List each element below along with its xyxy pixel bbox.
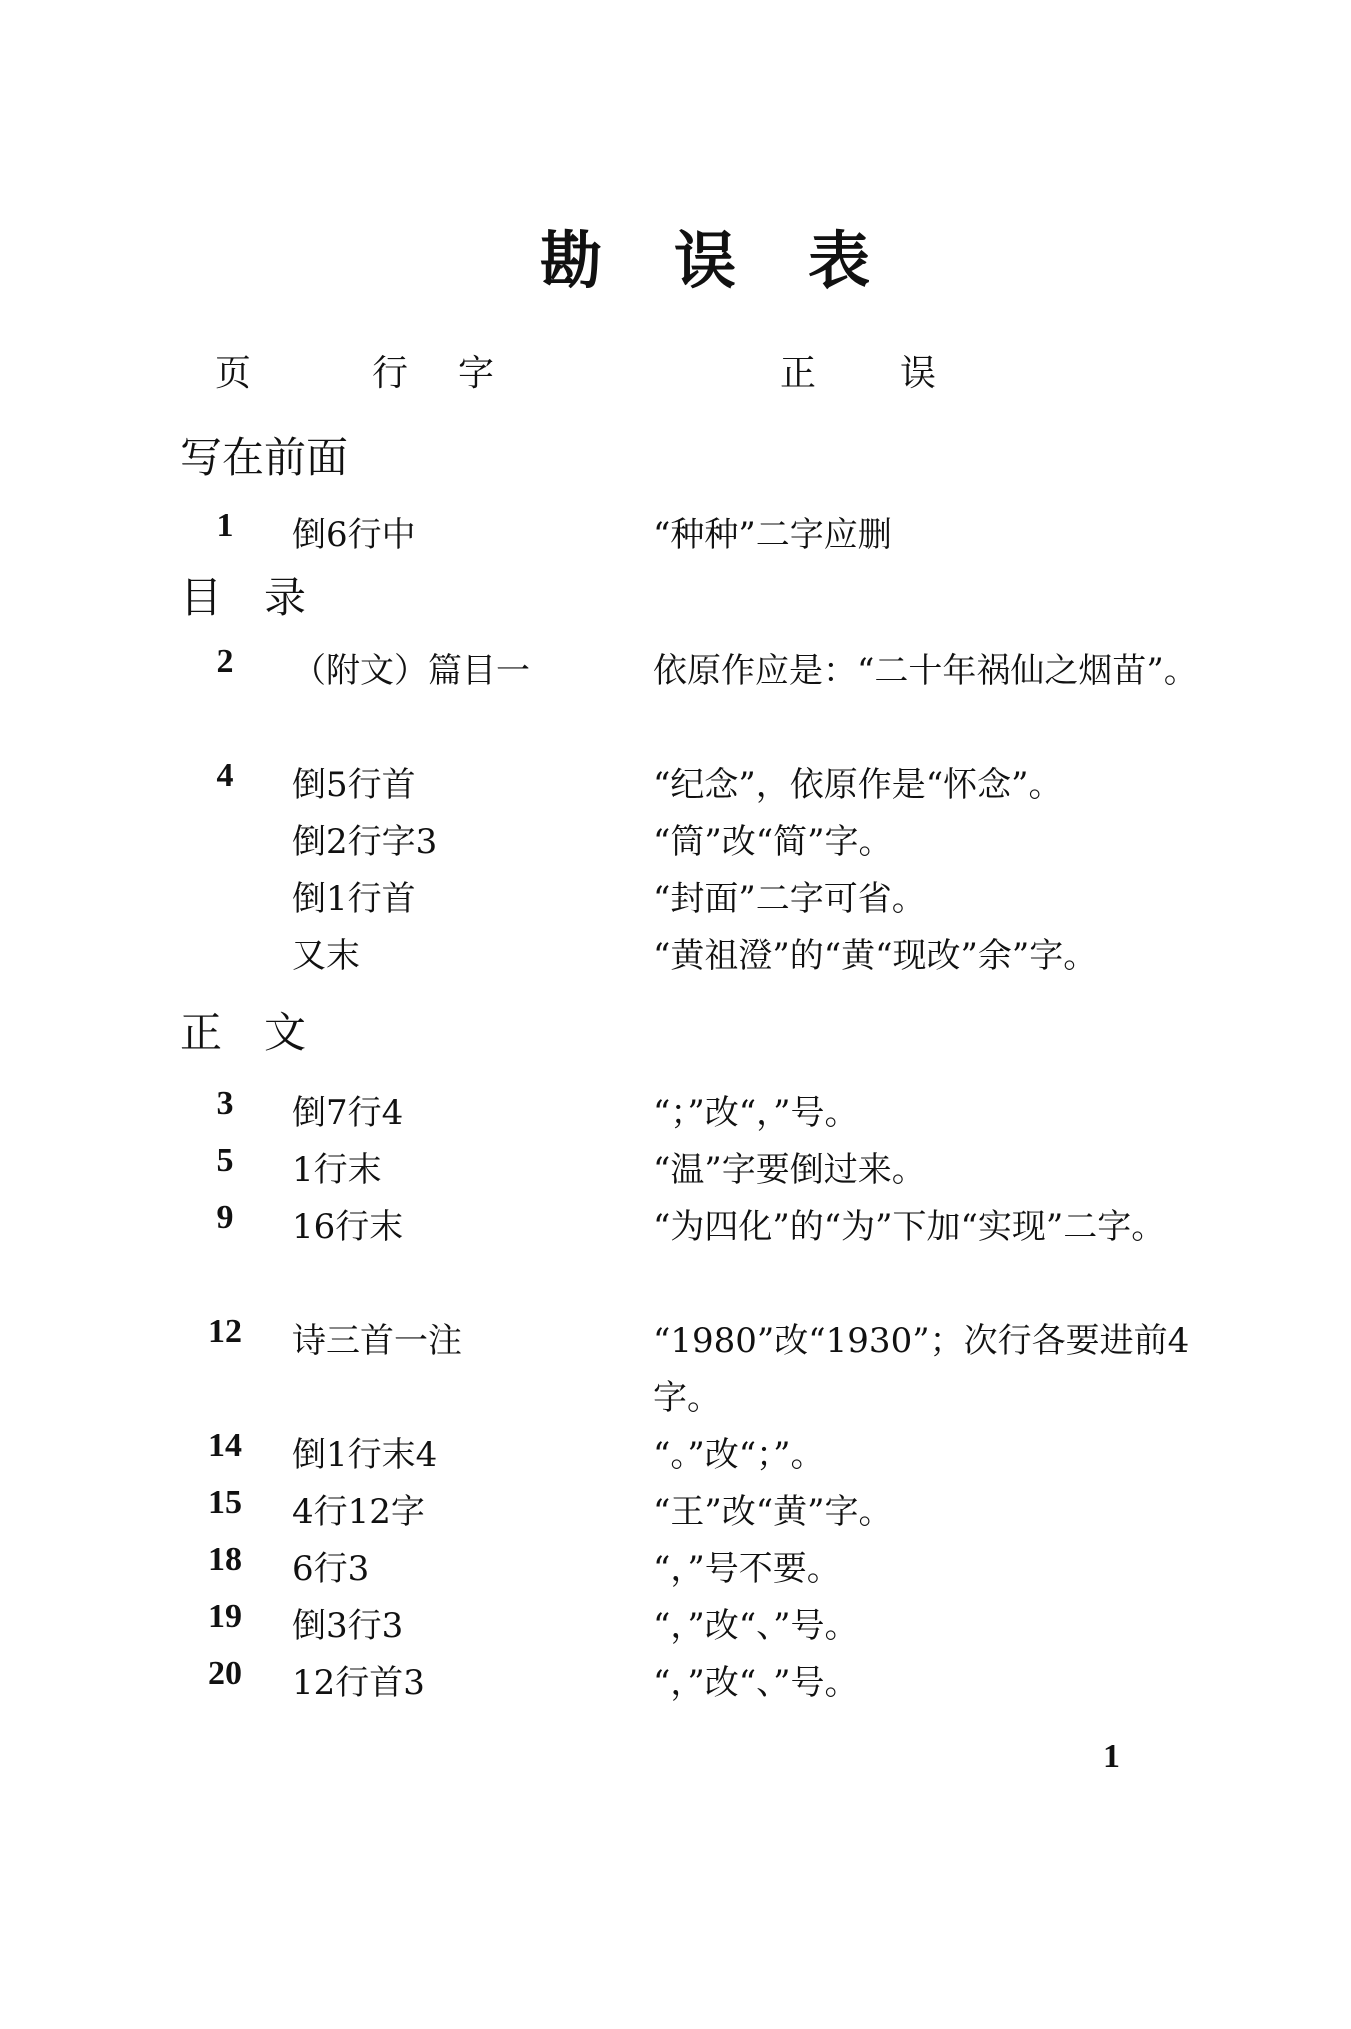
- table-row: 5 1行末 “温”字要倒过来。: [0, 1142, 1351, 1199]
- correction-cell: “；”改“，”号。: [653, 1085, 1233, 1142]
- location-cell: 4行12字: [292, 1484, 425, 1533]
- location-cell: 1行末: [292, 1142, 382, 1191]
- correction-cell: 依原作应是：“二十年祸仙之烟苗”。: [653, 643, 1233, 700]
- location-cell: 倒7行4: [292, 1085, 403, 1134]
- correction-cell: “，”改“、”号。: [653, 1655, 1233, 1712]
- table-row: 15 4行12字 “王”改“黄”字。: [0, 1484, 1351, 1541]
- correction-cell: “种种”二字应删: [653, 507, 1233, 564]
- correction-cell: “封面”二字可省。: [653, 871, 1233, 928]
- page-cell: 2: [195, 643, 255, 681]
- location-cell: 倒2行字3: [292, 814, 437, 863]
- page-cell: 5: [195, 1142, 255, 1180]
- page-cell: 3: [195, 1085, 255, 1123]
- table-row: 2 （附文）篇目一 依原作应是：“二十年祸仙之烟苗”。: [0, 643, 1351, 700]
- location-cell: 诗三首一注: [292, 1313, 462, 1362]
- correction-cell: “纪念”，依原作是“怀念”。: [653, 757, 1233, 814]
- correction-cell: “1980”改“1930”；次行各要进前4字。: [653, 1313, 1233, 1427]
- location-cell: 6行3: [292, 1541, 369, 1590]
- table-row: 20 12行首3 “，”改“、”号。: [0, 1655, 1351, 1712]
- title-char: 表: [808, 211, 870, 300]
- location-cell: （附文）篇目一: [292, 643, 530, 692]
- location-cell: 倒5行首: [292, 757, 416, 806]
- location-cell: 16行末: [292, 1199, 403, 1248]
- table-row: 倒2行字3 “筒”改“简”字。: [0, 814, 1351, 871]
- table-row: 4 倒5行首 “纪念”，依原作是“怀念”。: [0, 757, 1351, 814]
- column-header-correct: 正: [780, 345, 816, 396]
- page-cell: 14: [195, 1427, 255, 1465]
- correction-cell: “，”号不要。: [653, 1541, 1233, 1598]
- page-cell: 18: [195, 1541, 255, 1579]
- column-header-line: 行: [372, 345, 408, 396]
- table-row: 1 倒6行中 “种种”二字应删: [0, 507, 1351, 564]
- section-heading-main-text: 正 文: [180, 1000, 306, 1060]
- table-row: 19 倒3行3 “，”改“、”号。: [0, 1598, 1351, 1655]
- title-char: 勘: [540, 211, 602, 300]
- location-cell: 倒6行中: [292, 507, 416, 556]
- table-row: 3 倒7行4 “；”改“，”号。: [0, 1085, 1351, 1142]
- location-cell: 又末: [292, 928, 360, 977]
- location-cell: 12行首3: [292, 1655, 425, 1704]
- correction-cell: “筒”改“简”字。: [653, 814, 1233, 871]
- table-row: 14 倒1行末4 “。”改“；”。: [0, 1427, 1351, 1484]
- page-number: 1: [1103, 1738, 1120, 1776]
- page-cell: 19: [195, 1598, 255, 1636]
- section-heading-preface: 写在前面: [180, 425, 348, 485]
- correction-cell: “，”改“、”号。: [653, 1598, 1233, 1655]
- column-header-char: 字: [458, 345, 494, 396]
- correction-cell: “为四化”的“为”下加“实现”二字。: [653, 1199, 1233, 1256]
- page-cell: 9: [195, 1199, 255, 1237]
- correction-cell: “王”改“黄”字。: [653, 1484, 1233, 1541]
- page-cell: 20: [195, 1655, 255, 1693]
- page-cell: 15: [195, 1484, 255, 1522]
- page-cell: 1: [195, 507, 255, 545]
- table-row: 倒1行首 “封面”二字可省。: [0, 871, 1351, 928]
- title-char: 误: [674, 211, 736, 300]
- page-title: 勘 误 表: [540, 215, 870, 295]
- location-cell: 倒3行3: [292, 1598, 403, 1647]
- page-cell: 12: [195, 1313, 255, 1351]
- table-row: 9 16行末 “为四化”的“为”下加“实现”二字。: [0, 1199, 1351, 1256]
- column-header-error: 误: [900, 345, 936, 396]
- location-cell: 倒1行首: [292, 871, 416, 920]
- column-header-page: 页: [215, 345, 251, 396]
- correction-cell: “温”字要倒过来。: [653, 1142, 1233, 1199]
- correction-cell: “黄祖澄”的“黄“现改”余”字。: [653, 928, 1233, 985]
- section-heading-contents: 目 录: [180, 565, 306, 625]
- location-cell: 倒1行末4: [292, 1427, 437, 1476]
- table-row: 18 6行3 “，”号不要。: [0, 1541, 1351, 1598]
- correction-cell: “。”改“；”。: [653, 1427, 1233, 1484]
- table-row: 又末 “黄祖澄”的“黄“现改”余”字。: [0, 928, 1351, 985]
- table-row: 12 诗三首一注 “1980”改“1930”；次行各要进前4字。: [0, 1313, 1351, 1370]
- page-cell: 4: [195, 757, 255, 795]
